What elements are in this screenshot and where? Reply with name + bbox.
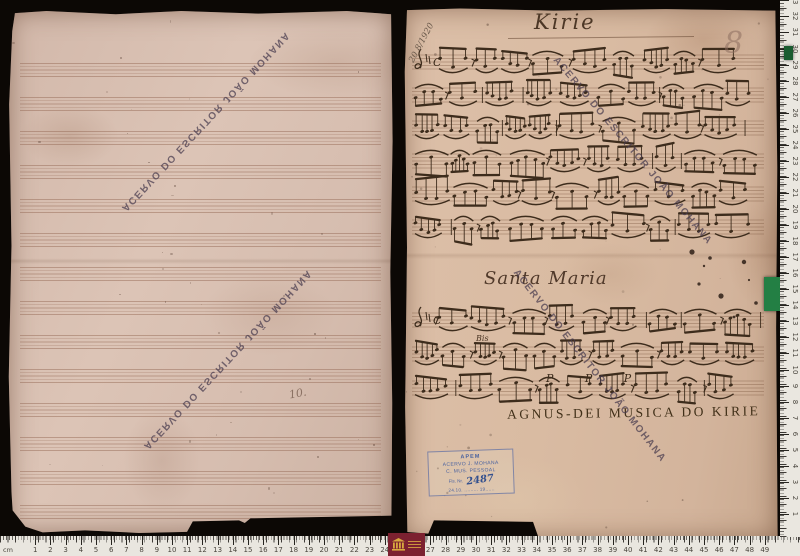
pencil-page-number: 8	[724, 26, 743, 61]
ruler-tick	[126, 536, 127, 545]
blank-staff	[20, 403, 382, 417]
ruler-tick	[658, 536, 659, 545]
ruler-number: 48	[745, 546, 754, 554]
ruler-number: 12	[791, 331, 799, 343]
ruler-number: 7	[791, 412, 799, 424]
ruler-tick	[385, 536, 386, 545]
ruler-number: 32	[502, 546, 511, 554]
ruler-number: 22	[791, 171, 799, 183]
paper-speck	[148, 162, 150, 163]
ruler-tick	[719, 536, 720, 545]
ruler-tick	[780, 321, 789, 322]
ruler-number: 37	[578, 546, 587, 554]
ruler-number: 18	[289, 546, 298, 554]
blank-staff	[20, 233, 382, 247]
ruler-tick	[780, 498, 789, 499]
paper-speck	[106, 91, 108, 93]
ruler-number: 16	[791, 267, 799, 279]
ruler-number: 11	[183, 546, 192, 554]
ruler-number: 2	[48, 546, 52, 554]
ruler-number: 10	[168, 546, 177, 554]
ruler-tick	[461, 536, 462, 545]
ruler-number: 33	[517, 546, 526, 554]
ruler-tick	[582, 536, 583, 545]
ruler-number: 21	[791, 187, 799, 199]
archive-stamp-icon: ACERVO DO ESCRITOR JOÃO MOHANA	[141, 272, 309, 451]
right-ruler: 1234567891011121314151617181920212223242…	[780, 0, 800, 537]
ruler-number: 1	[33, 546, 37, 554]
ruler-tick	[780, 289, 789, 290]
ruler-number: 9	[155, 546, 159, 554]
blank-staff	[20, 471, 382, 485]
paper-speck	[171, 195, 173, 196]
ruler-number: 16	[259, 546, 268, 554]
ruler-tick	[780, 305, 789, 306]
ruler-number: 6	[109, 546, 113, 554]
ruler-tick	[50, 536, 51, 545]
ruler-tick	[233, 536, 234, 545]
ruler-tick	[491, 536, 492, 545]
stamp-institution: APEM	[460, 453, 480, 460]
blank-staff	[20, 267, 382, 281]
paper-speck	[309, 378, 311, 380]
ruler-number: 47	[730, 546, 739, 554]
ruler-tick	[567, 536, 568, 545]
ruler-number: 7	[124, 546, 128, 554]
ruler-tick	[780, 113, 789, 114]
ruler-number: 36	[563, 546, 572, 554]
ruler-number: 13	[791, 315, 799, 327]
ruler-tick	[446, 536, 447, 545]
pencil-annotation: 10.	[288, 386, 307, 402]
ruler-tick	[278, 536, 279, 545]
ruler-tick	[780, 450, 789, 451]
ruler-number: 27	[426, 546, 435, 554]
paper-speck	[170, 20, 171, 22]
ruler-tick	[780, 65, 789, 66]
ruler-number: 18	[791, 235, 799, 247]
paper-speck	[134, 195, 135, 196]
ruler-number: 11	[791, 347, 799, 359]
paper-speck	[325, 337, 326, 339]
ruler-number: 34	[532, 546, 541, 554]
paper-speck	[317, 456, 319, 458]
ruler-number: 28	[441, 546, 450, 554]
ruler-number: 45	[700, 546, 709, 554]
ruler-tick	[309, 536, 310, 545]
ruler-unit-label: cm	[3, 546, 13, 554]
ruler-tick	[643, 536, 644, 545]
ruler-tick	[780, 129, 789, 130]
ruler-number: 26	[791, 107, 799, 119]
green-bookmark-tab-small	[784, 46, 793, 60]
ruler-tick	[96, 536, 97, 545]
ruler-number: 6	[791, 428, 799, 440]
ruler-number: 22	[350, 546, 359, 554]
ruler-tick	[522, 536, 523, 545]
green-bookmark-tab	[764, 277, 780, 311]
ruler-number: 40	[624, 546, 633, 554]
ruler-tick	[704, 536, 705, 545]
paper-speck	[273, 492, 275, 494]
blank-staff	[20, 335, 382, 349]
ruler-tick	[734, 536, 735, 545]
ruler-tick	[780, 370, 789, 371]
ruler-number: 20	[320, 546, 329, 554]
ruler-tick	[780, 193, 789, 194]
paper-speck	[314, 333, 316, 334]
ruler-number: 43	[669, 546, 678, 554]
ruler-tick	[780, 514, 789, 515]
blank-staff	[20, 199, 382, 213]
ruler-tick	[674, 536, 675, 545]
blank-staff	[20, 437, 382, 451]
blank-staff	[20, 165, 382, 179]
ruler-number: 9	[791, 380, 799, 392]
ruler-number: 29	[456, 546, 465, 554]
ruler-tick	[628, 536, 629, 545]
paper-speck	[240, 391, 242, 393]
section-title: Santa Maria	[484, 268, 608, 289]
scan-stage: ACERVO DO ESCRITOR JOÃO MOHANA ACERVO DO…	[0, 0, 800, 556]
ruler-tick	[780, 177, 789, 178]
ruler-tick	[780, 241, 789, 242]
stamp-folio-label: Fls. Nr.	[449, 478, 463, 483]
paper-speck	[38, 141, 40, 143]
paper-speck	[321, 233, 323, 235]
ruler-tick	[780, 257, 789, 258]
ruler-tick	[324, 536, 325, 545]
ruler-tick	[780, 209, 789, 210]
ruler-number: 3	[791, 476, 799, 488]
ruler-number: 20	[791, 203, 799, 215]
ruler-number: 38	[593, 546, 602, 554]
library-logo	[388, 533, 425, 556]
ruler-tick	[780, 482, 789, 483]
ruler-tick	[354, 536, 355, 545]
ruler-number: 2	[791, 492, 799, 504]
ruler-tick	[780, 466, 789, 467]
ruler-tick	[750, 536, 751, 545]
ruler-tick	[81, 536, 82, 545]
ruler-number: 23	[791, 155, 799, 167]
ruler-number: 30	[472, 546, 481, 554]
ruler-tick	[552, 536, 553, 545]
paper-speck	[162, 252, 163, 254]
ruler-number: 4	[791, 460, 799, 472]
ruler-number: 23	[365, 546, 374, 554]
ruler-number: 17	[791, 251, 799, 263]
ruler-tick	[476, 536, 477, 545]
paper-speck	[120, 57, 122, 59]
ruler-number: 14	[791, 299, 799, 311]
ruler-number: 15	[791, 283, 799, 295]
ruler-tick	[689, 536, 690, 545]
ruler-number: 49	[760, 546, 769, 554]
paper-speck	[102, 465, 103, 466]
ruler-tick	[780, 337, 789, 338]
ruler-number: 10	[791, 364, 799, 376]
ruler-number: 1	[791, 508, 799, 520]
ruler-tick	[157, 536, 158, 545]
building-icon	[391, 537, 406, 552]
ruler-number: 39	[608, 546, 617, 554]
ruler-tick	[780, 353, 789, 354]
ruler-number: 19	[304, 546, 313, 554]
ruler-tick	[294, 536, 295, 545]
ruler-number: 17	[274, 546, 283, 554]
ruler-number: 3	[63, 546, 67, 554]
ruler-tick	[780, 418, 789, 419]
ruler-tick	[780, 402, 789, 403]
ruler-tick	[506, 536, 507, 545]
paper-speck	[190, 282, 191, 283]
library-accession-stamp: APEM ACERVO J. MOHANA C. MUS. PESSOAL Fl…	[427, 449, 515, 497]
ruler-number: 5	[791, 444, 799, 456]
right-page: CC Kirie 8 20 8/1920 Santa Maria Bis P P…	[404, 8, 778, 540]
ruler-number: 13	[213, 546, 222, 554]
ruler-number: 32	[791, 10, 799, 22]
ruler-number: 42	[654, 546, 663, 554]
ruler-number: 31	[791, 26, 799, 38]
ruler-number: 5	[94, 546, 98, 554]
ruler-number: 46	[715, 546, 724, 554]
ruler-tick	[430, 536, 431, 545]
ruler-tick	[598, 536, 599, 545]
paper-speck	[170, 253, 172, 255]
ruler-number: 21	[335, 546, 344, 554]
ruler-number: 27	[791, 91, 799, 103]
logo-text-lines	[408, 541, 421, 548]
ruler-number: 44	[684, 546, 693, 554]
ruler-tick	[370, 536, 371, 545]
ruler-tick	[780, 225, 789, 226]
ruler-number: 35	[548, 546, 557, 554]
ruler-tick	[339, 536, 340, 545]
ruler-number: 41	[639, 546, 648, 554]
ruler-number: 24	[791, 139, 799, 151]
ruler-tick	[780, 161, 789, 162]
ruler-number: 14	[228, 546, 237, 554]
ruler-tick	[780, 97, 789, 98]
ruler-number: 8	[791, 396, 799, 408]
paper-speck	[268, 487, 270, 489]
ruler-tick	[780, 81, 789, 82]
paper-speck	[225, 521, 227, 523]
paper-speck	[280, 525, 281, 527]
piece-title: Kirie	[534, 10, 596, 34]
paper-speck	[127, 133, 128, 134]
paper-speck	[49, 464, 51, 465]
paper-speck	[174, 185, 176, 186]
ruler-tick	[66, 536, 67, 545]
ruler-number: 19	[791, 219, 799, 231]
ruler-number: 33	[791, 0, 799, 6]
paper-speck	[189, 440, 191, 442]
ruler-number: 4	[79, 546, 83, 554]
ruler-tick	[202, 536, 203, 545]
ruler-tick	[187, 536, 188, 545]
archive-stamp-icon: ACERVO DO ESCRITOR JOÃO MOHANA	[119, 34, 287, 213]
ruler-number: 31	[487, 546, 496, 554]
ruler-tick	[248, 536, 249, 545]
ruler-tick	[142, 536, 143, 545]
paper-speck	[119, 294, 121, 295]
ruler-tick	[537, 536, 538, 545]
ruler-tick	[780, 434, 789, 435]
ruler-tick	[35, 536, 36, 545]
ruler-number: 29	[791, 59, 799, 71]
ruler-number: 28	[791, 75, 799, 87]
paper-speck	[216, 434, 217, 436]
ruler-tick	[263, 536, 264, 545]
ruler-tick	[780, 273, 789, 274]
ruler-tick	[218, 536, 219, 545]
paper-speck	[12, 42, 14, 44]
ruler-tick	[780, 32, 789, 33]
ruler-tick	[111, 536, 112, 545]
ruler-number: 12	[198, 546, 207, 554]
ruler-tick	[780, 145, 789, 146]
ruler-number: 25	[791, 123, 799, 135]
ruler-tick	[765, 536, 766, 545]
ruler-tick	[613, 536, 614, 545]
ruler-number: 15	[244, 546, 253, 554]
ruler-tick	[780, 386, 789, 387]
paper-speck	[230, 422, 232, 423]
ruler-tick	[780, 0, 789, 1]
blank-staff	[20, 505, 382, 519]
blank-staff	[20, 63, 382, 77]
blank-staff	[20, 97, 382, 111]
bis-annotation: Bis	[476, 334, 489, 343]
left-page: ACERVO DO ESCRITOR JOÃO MOHANA ACERVO DO…	[8, 10, 393, 534]
ruler-tick	[780, 16, 789, 17]
paper-speck	[162, 268, 164, 270]
ruler-tick	[172, 536, 173, 545]
ruler-number: 8	[139, 546, 143, 554]
